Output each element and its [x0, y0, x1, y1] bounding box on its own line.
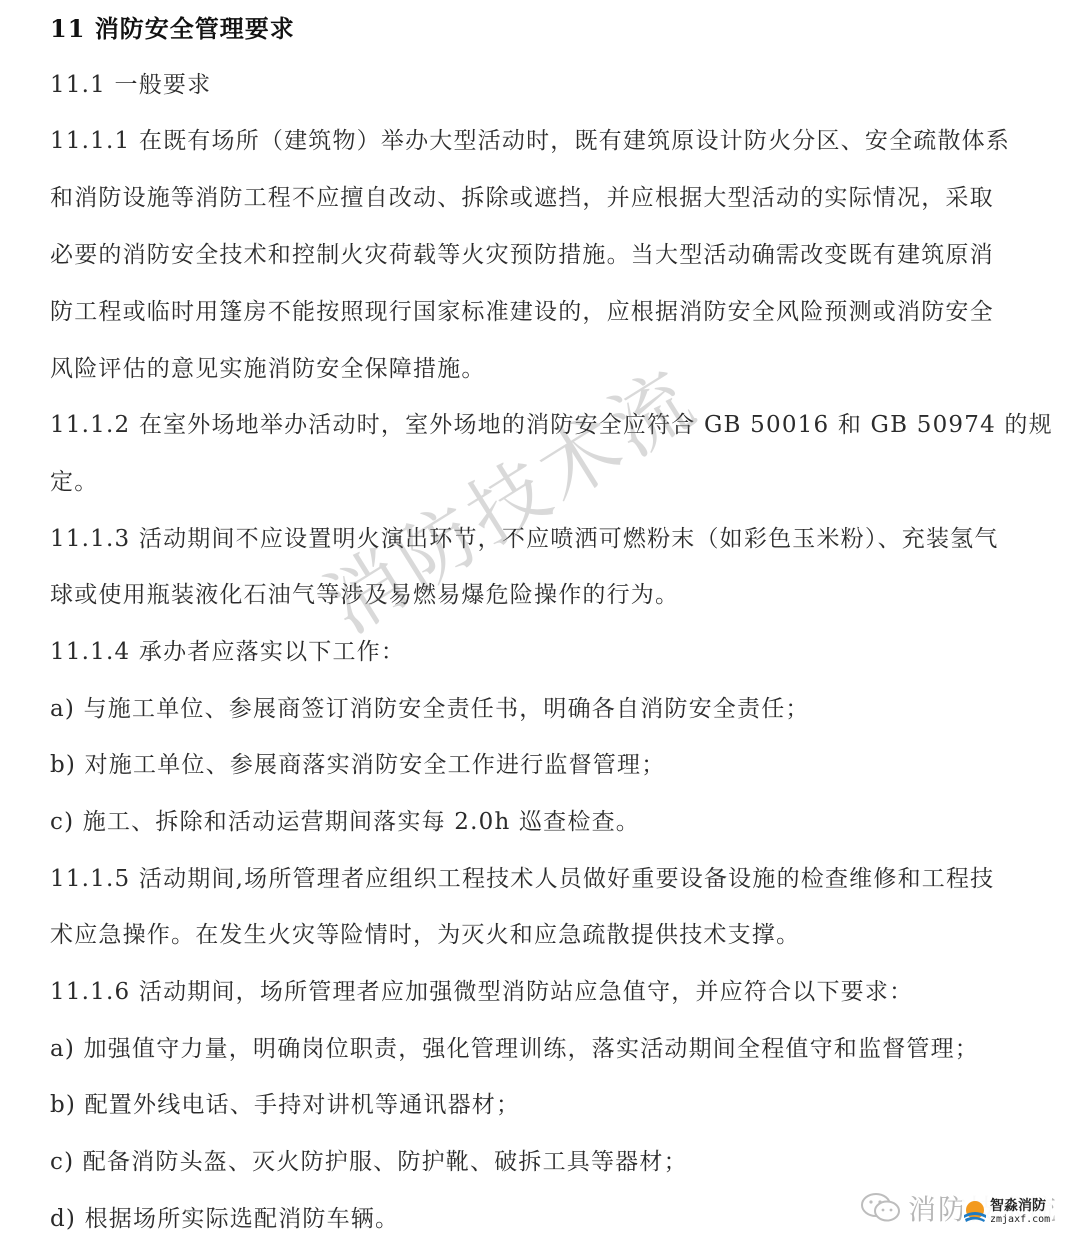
paragraph-line: 和消防设施等消防工程不应擅自改动、拆除或遮挡，并应根据大型活动的实际情况，采取: [50, 183, 1040, 213]
paragraph-line: 风险评估的意见实施消防安全保障措施。: [50, 354, 1040, 384]
paragraph-line: 定。: [50, 467, 1040, 497]
logo-brand-name: 智淼消防: [990, 1199, 1050, 1213]
site-logo: 智淼消防 zmjaxf.com: [962, 1192, 1052, 1232]
paragraph-line: 11.1.3 活动期间不应设置明火演出环节，不应喷洒可燃粉末（如彩色玉米粉）、充…: [50, 524, 1040, 554]
section-title: 11 消防安全管理要求: [50, 14, 1040, 44]
logo-sun-wave-icon: [962, 1199, 988, 1225]
logo-url: zmjaxf.com: [990, 1215, 1050, 1225]
paragraph-line: 11.1.5 活动期间,场所管理者应组织工程技术人员做好重要设备设施的检查维修和…: [50, 864, 1040, 894]
paragraph-line: 11.1.6 活动期间，场所管理者应加强微型消防站应急值守，并应符合以下要求：: [50, 977, 1040, 1007]
paragraph-line: 11.1.1 在既有场所（建筑物）举办大型活动时，既有建筑原设计防火分区、安全疏…: [50, 126, 1040, 156]
paragraph-line: 必要的消防安全技术和控制火灾荷载等火灾预防措施。当大型活动确需改变既有建筑原消: [50, 240, 1040, 270]
document-page: 11 消防安全管理要求 11.1 一般要求 11.1.1 在既有场所（建筑物）举…: [0, 0, 1080, 1256]
paragraph-line: 防工程或临时用篷房不能按照现行国家标准建设的，应根据消防安全风险预测或消防安全: [50, 297, 1040, 327]
paragraph-line: 术应急操作。在发生火灾等险情时，为灭火和应急疏散提供技术支撑。: [50, 920, 1040, 950]
wechat-icon: [860, 1192, 902, 1224]
list-item: b) 对施工单位、参展商落实消防安全工作进行监督管理；: [50, 750, 1040, 780]
list-item: b) 配置外线电话、手持对讲机等通讯器材；: [50, 1090, 1040, 1120]
list-item: c) 施工、拆除和活动运营期间落实每 2.0h 巡查检查。: [50, 807, 1040, 837]
paragraph-line: 11.1.2 在室外场地举办活动时，室外场地的消防安全应符合 GB 50016 …: [50, 410, 1040, 440]
subsection-heading: 11.1 一般要求: [50, 70, 1040, 100]
list-item: a) 与施工单位、参展商签订消防安全责任书，明确各自消防安全责任；: [50, 694, 1040, 724]
paragraph-line: 11.1.4 承办者应落实以下工作：: [50, 637, 1040, 667]
paragraph-line: 球或使用瓶装液化石油气等涉及易燃易爆危险操作的行为。: [50, 580, 1040, 610]
list-item: c) 配备消防头盔、灭火防护服、防护靴、破拆工具等器材；: [50, 1147, 1040, 1177]
list-item: a) 加强值守力量，明确岗位职责，强化管理训练，落实活动期间全程值守和监督管理；: [50, 1034, 1040, 1064]
